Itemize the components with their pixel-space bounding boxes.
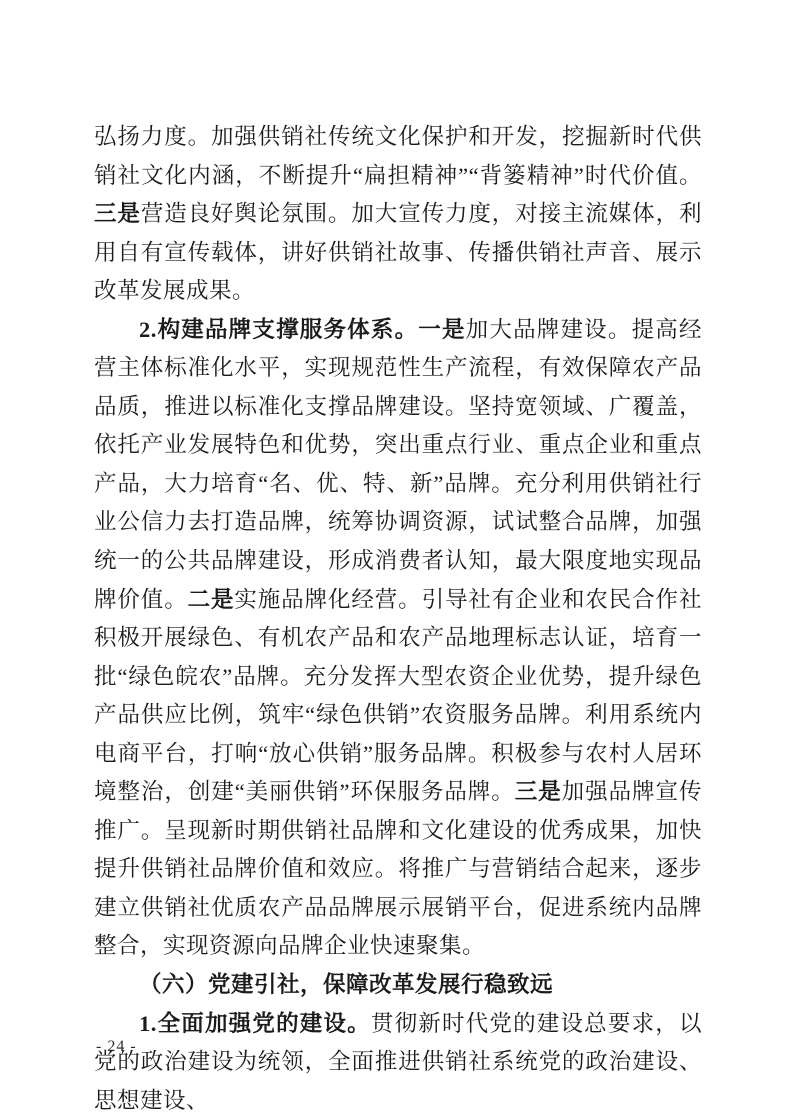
document-paragraph-4: 1.全面加强党的建设。贯彻新时代党的建设总要求，以党的政治建设为统领，全面推进供… [94,1005,702,1118]
bold-text-run: 三是 [94,201,141,226]
text-run: 营造良好舆论氛围。加大宣传力度，对接主流媒体，利用自有宣传载体，讲好供销社故事、… [94,201,702,303]
text-run: 实施品牌化经营。引导社有企业和农民合作社积极开展绿色、有机农产品和农产品地理标志… [94,587,702,805]
page-number: - 24 - [96,1036,137,1058]
text-run: 加强品牌宣传推广。呈现新时期供销社品牌和文化建设的优秀成果，加快提升供销社品牌价… [94,779,702,958]
bold-text-run: 三是 [515,779,562,804]
bold-text-run: 1.全面加强党的建设。 [139,1011,371,1036]
document-paragraph-2: 2.构建品牌支撑服务体系。一是加大品牌建设。提高经营主体标准化水平，实现规范性生… [94,311,702,966]
document-page: 弘扬力度。加强供销社传统文化保护和开发，挖掘新时代供销社文化内涵，不断提升“扁担… [0,0,790,1118]
document-paragraph-1: 弘扬力度。加强供销社传统文化保护和开发，挖掘新时代供销社文化内涵，不断提升“扁担… [94,118,702,311]
bold-text-run: 二是 [188,587,235,612]
document-body: 弘扬力度。加强供销社传统文化保护和开发，挖掘新时代供销社文化内涵，不断提升“扁担… [94,118,702,1118]
bold-text-run: 2.构建品牌支撑服务体系。一是 [139,317,466,342]
section-heading: （六）党建引社，保障改革发展行稳致远 [94,966,702,1005]
bold-text-run: （六）党建引社，保障改革发展行稳致远 [139,972,553,997]
text-run: 加大品牌建设。提高经营主体标准化水平，实现规范性生产流程，有效保障农产品品质，推… [94,317,702,612]
text-run: 弘扬力度。加强供销社传统文化保护和开发，挖掘新时代供销社文化内涵，不断提升“扁担… [94,124,702,188]
